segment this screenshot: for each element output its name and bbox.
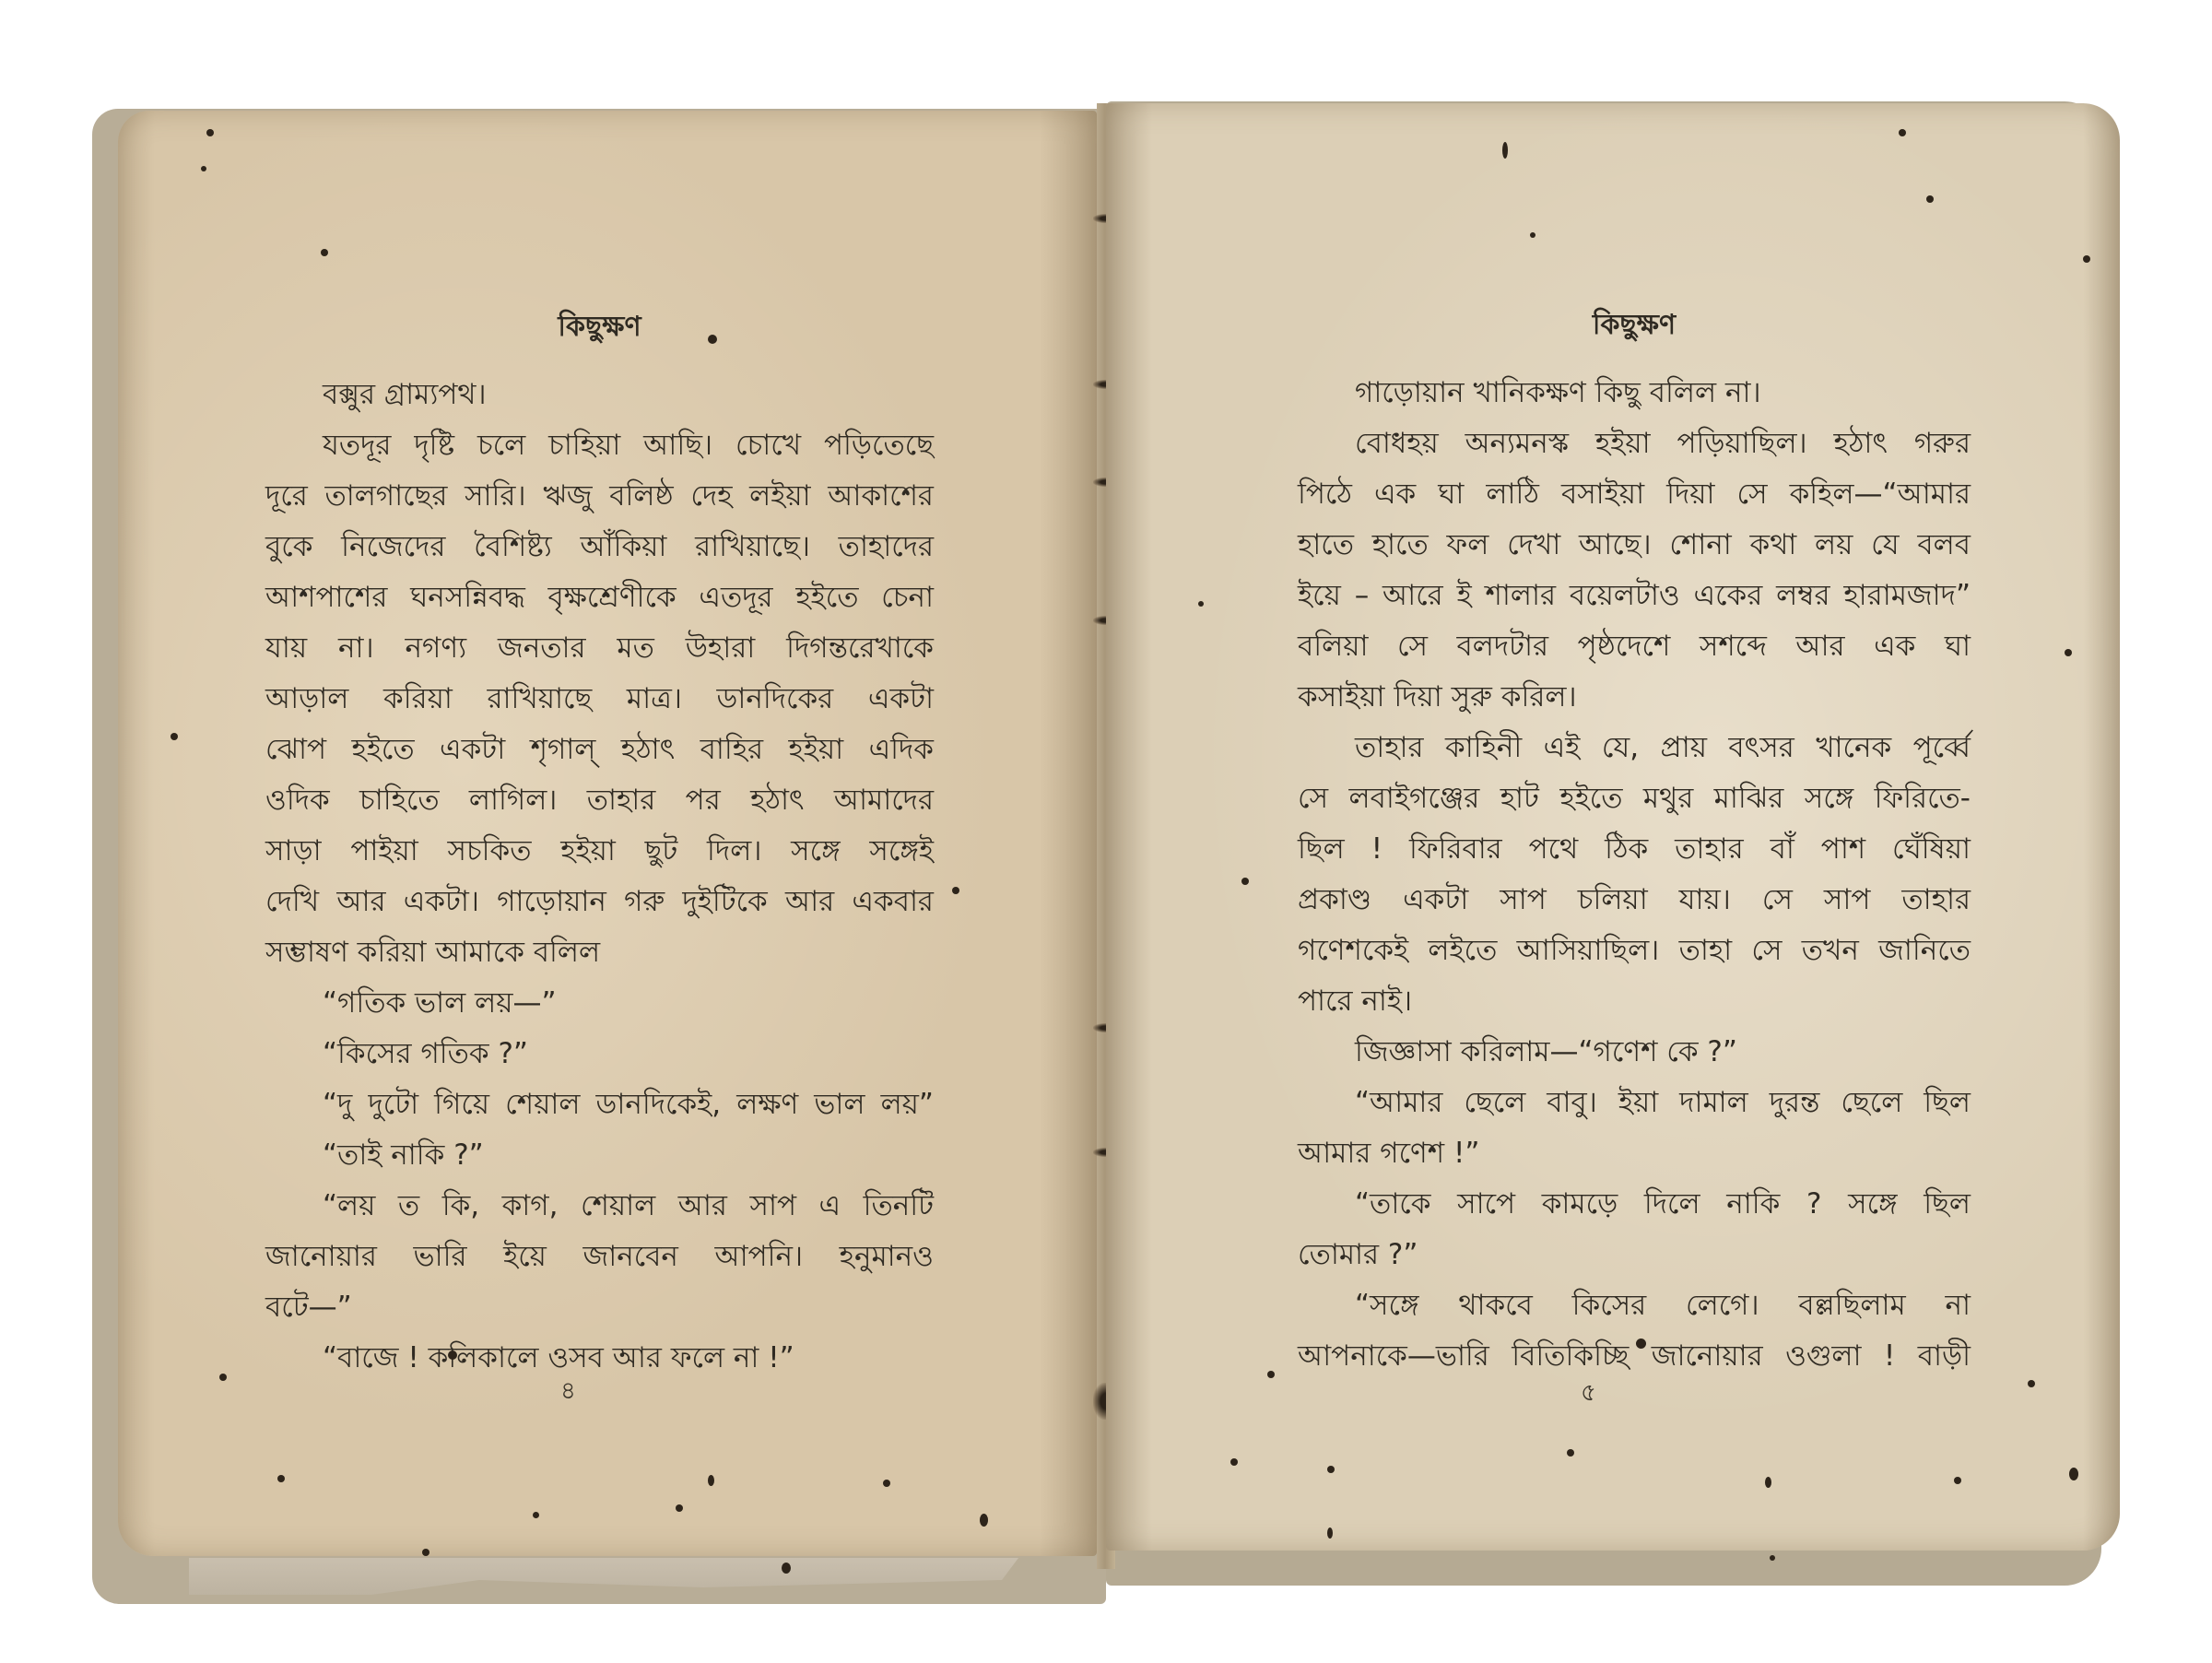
text-line: “বাজে ! কলিকালে ওসব আর ফলে না !”	[265, 1333, 934, 1384]
paper-speck	[206, 129, 214, 136]
paper-speck	[1327, 1466, 1335, 1473]
text-line: “গতিক ভাল লয়—”	[265, 978, 934, 1029]
text-line: “দু দুটো গিয়ে শেয়াল ডানদিকেই, লক্ষণ ভা…	[265, 1079, 934, 1130]
text-line: গণেশকেই লইতে আসিয়াছিল। তাহা সে তখন জানি…	[1298, 926, 1971, 976]
text-line: “কিসের গতিক ?”	[265, 1029, 934, 1079]
paper-speck	[782, 1563, 791, 1574]
text-line: সে লবাইগঞ্জের হাট হইতে মথুর মাঝির সঙ্গে …	[1298, 773, 1971, 824]
paper-speck	[1198, 601, 1204, 607]
paper-speck	[952, 887, 959, 894]
text-line: ইয়ে – আরে ই শালার বয়েলটাও একের লম্বর হ…	[1298, 571, 1971, 621]
paper-speck	[2028, 1380, 2035, 1387]
paper-speck	[2069, 1468, 2078, 1480]
paper-speck	[708, 1475, 714, 1486]
paper-speck	[219, 1374, 227, 1381]
text-line: ওদিক চাহিতে লাগিল। তাহার পর হঠাৎ আমাদের	[265, 775, 934, 826]
open-booklet: কিছুক্ষণ বক্সুর গ্রাম্যপথ।যতদূর দৃষ্টি চ…	[0, 0, 2212, 1663]
text-line: ছিল ! ফিরিবার পথে ঠিক তাহার বাঁ পাশ ঘেঁষ…	[1298, 824, 1971, 875]
left-page: কিছুক্ষণ বক্সুর গ্রাম্যপথ।যতদূর দৃষ্টি চ…	[118, 111, 1097, 1556]
paper-speck	[980, 1514, 988, 1527]
paper-speck	[2065, 649, 2072, 656]
page-number: ৫	[1581, 1374, 1596, 1414]
paper-speck	[277, 1475, 285, 1482]
paper-speck	[1502, 142, 1508, 159]
text-line: জিজ্ঞাসা করিলাম—“গণেশ কে ?”	[1298, 1027, 1971, 1078]
text-line: হাতে হাতে ফল দেখা আছে। শোনা কথা লয় যে ব…	[1298, 520, 1971, 571]
paper-speck	[1770, 1555, 1775, 1561]
text-line: বোধহয় অন্যমনস্ক হইয়া পড়িয়াছিল। হঠাৎ …	[1298, 419, 1971, 469]
text-line: ঝোপ হইতে একটা শৃগাল্ হঠাৎ বাহির হইয়া এদ…	[265, 725, 934, 775]
text-line: বলিয়া সে বলদটার পৃষ্ঠদেশে সশব্দে আর এক …	[1298, 621, 1971, 672]
text-line: যতদূর দৃষ্টি চলে চাহিয়া আছি। চোখে পড়িত…	[265, 420, 934, 471]
paper-speck	[1530, 232, 1535, 238]
text-line: পিঠে এক ঘা লাঠি বসাইয়া দিয়া সে কহিল—“আ…	[1298, 469, 1971, 520]
right-page-lines: গাড়োয়ান খানিকক্ষণ কিছু বলিল না।বোধহয় …	[1298, 368, 1971, 1382]
text-line: আপনাকে—ভারি বিতিকিচ্ছি জানোয়ার ওগুলা ! …	[1298, 1331, 1971, 1382]
paper-speck	[1765, 1477, 1771, 1488]
text-line: “তাকে সাপে কামড়ে দিলে নাকি ? সঙ্গে ছিল	[1298, 1179, 1971, 1230]
running-head: কিছুক্ষণ	[265, 304, 934, 351]
right-page: কিছুক্ষণ গাড়োয়ান খানিকক্ষণ কিছু বলিল ন…	[1106, 103, 2120, 1551]
text-line: আড়াল করিয়া রাখিয়াছে মাত্র। ডানদিকের এ…	[265, 674, 934, 725]
text-line: “আমার ছেলে বাবু। ইয়া দামাল দুরন্ত ছেলে …	[1298, 1078, 1971, 1128]
paper-speck	[448, 1350, 457, 1360]
text-line: তোমার ?”	[1298, 1230, 1971, 1280]
running-head: কিছুক্ষণ	[1298, 302, 1971, 349]
paper-speck	[171, 733, 178, 740]
paper-speck	[1899, 129, 1906, 136]
text-line: জানোয়ার ভারি ইয়ে জানবেন আপনি। হনুমানও	[265, 1232, 934, 1282]
left-page-lines: বক্সুর গ্রাম্যপথ।যতদূর দৃষ্টি চলে চাহিয়…	[265, 370, 934, 1384]
text-line: প্রকাণ্ড একটা সাপ চলিয়া যায়। সে সাপ তা…	[1298, 875, 1971, 926]
paper-speck	[321, 249, 328, 256]
text-line: বক্সুর গ্রাম্যপথ।	[265, 370, 934, 420]
paper-speck	[1230, 1458, 1238, 1466]
text-line: দূরে তালগাছের সারি। ঋজু বলিষ্ঠ দেহ লইয়া…	[265, 471, 934, 522]
text-line: আমার গণেশ !”	[1298, 1128, 1971, 1179]
text-line: বুকে নিজেদের বৈশিষ্ট্য আঁকিয়া রাখিয়াছে…	[265, 522, 934, 572]
text-line: পারে নাই।	[1298, 976, 1971, 1027]
text-line: কসাইয়া দিয়া সুরু করিল।	[1298, 672, 1971, 723]
paper-speck	[1636, 1339, 1646, 1349]
paper-speck	[1567, 1449, 1574, 1457]
paper-speck	[1241, 878, 1249, 885]
text-line: আশপাশের ঘনসন্নিবদ্ধ বৃক্ষশ্রেণীকে এতদূর …	[265, 572, 934, 623]
paper-speck	[1954, 1477, 1961, 1484]
paper-speck	[883, 1480, 890, 1487]
text-line: গাড়োয়ান খানিকক্ষণ কিছু বলিল না।	[1298, 368, 1971, 419]
right-page-text: কিছুক্ষণ গাড়োয়ান খানিকক্ষণ কিছু বলিল ন…	[1298, 302, 1971, 1382]
text-line: “সঙ্গে থাকবে কিসের লেগে। বল্লছিলাম না	[1298, 1280, 1971, 1331]
text-line: দেখি আর একটা। গাড়োয়ান গরু দুইটিকে আর এ…	[265, 877, 934, 927]
paper-speck	[708, 335, 717, 344]
paper-speck	[533, 1512, 539, 1518]
paper-speck	[1327, 1527, 1333, 1539]
page-number: ৪	[560, 1372, 576, 1412]
text-line: বটে—”	[265, 1282, 934, 1333]
text-line: সম্ভাষণ করিয়া আমাকে বলিল	[265, 927, 934, 978]
paper-speck	[1926, 195, 1934, 203]
paper-speck	[201, 166, 206, 171]
text-line: তাহার কাহিনী এই যে, প্রায় বৎসর খানেক পূ…	[1298, 723, 1971, 773]
text-line: “লয় ত কি, কাগ, শেয়াল আর সাপ এ তিনটি	[265, 1181, 934, 1232]
text-line: “তাই নাকি ?”	[265, 1130, 934, 1181]
text-line: যায় না। নগণ্য জনতার মত উহারা দিগন্তরেখা…	[265, 623, 934, 674]
text-line: সাড়া পাইয়া সচকিত হইয়া ছুট দিল। সঙ্গে …	[265, 826, 934, 877]
paper-speck	[2083, 255, 2090, 263]
paper-speck	[1267, 1371, 1275, 1378]
left-page-text: কিছুক্ষণ বক্সুর গ্রাম্যপথ।যতদূর দৃষ্টি চ…	[265, 304, 934, 1384]
paper-speck	[422, 1549, 429, 1556]
paper-speck	[676, 1504, 683, 1512]
